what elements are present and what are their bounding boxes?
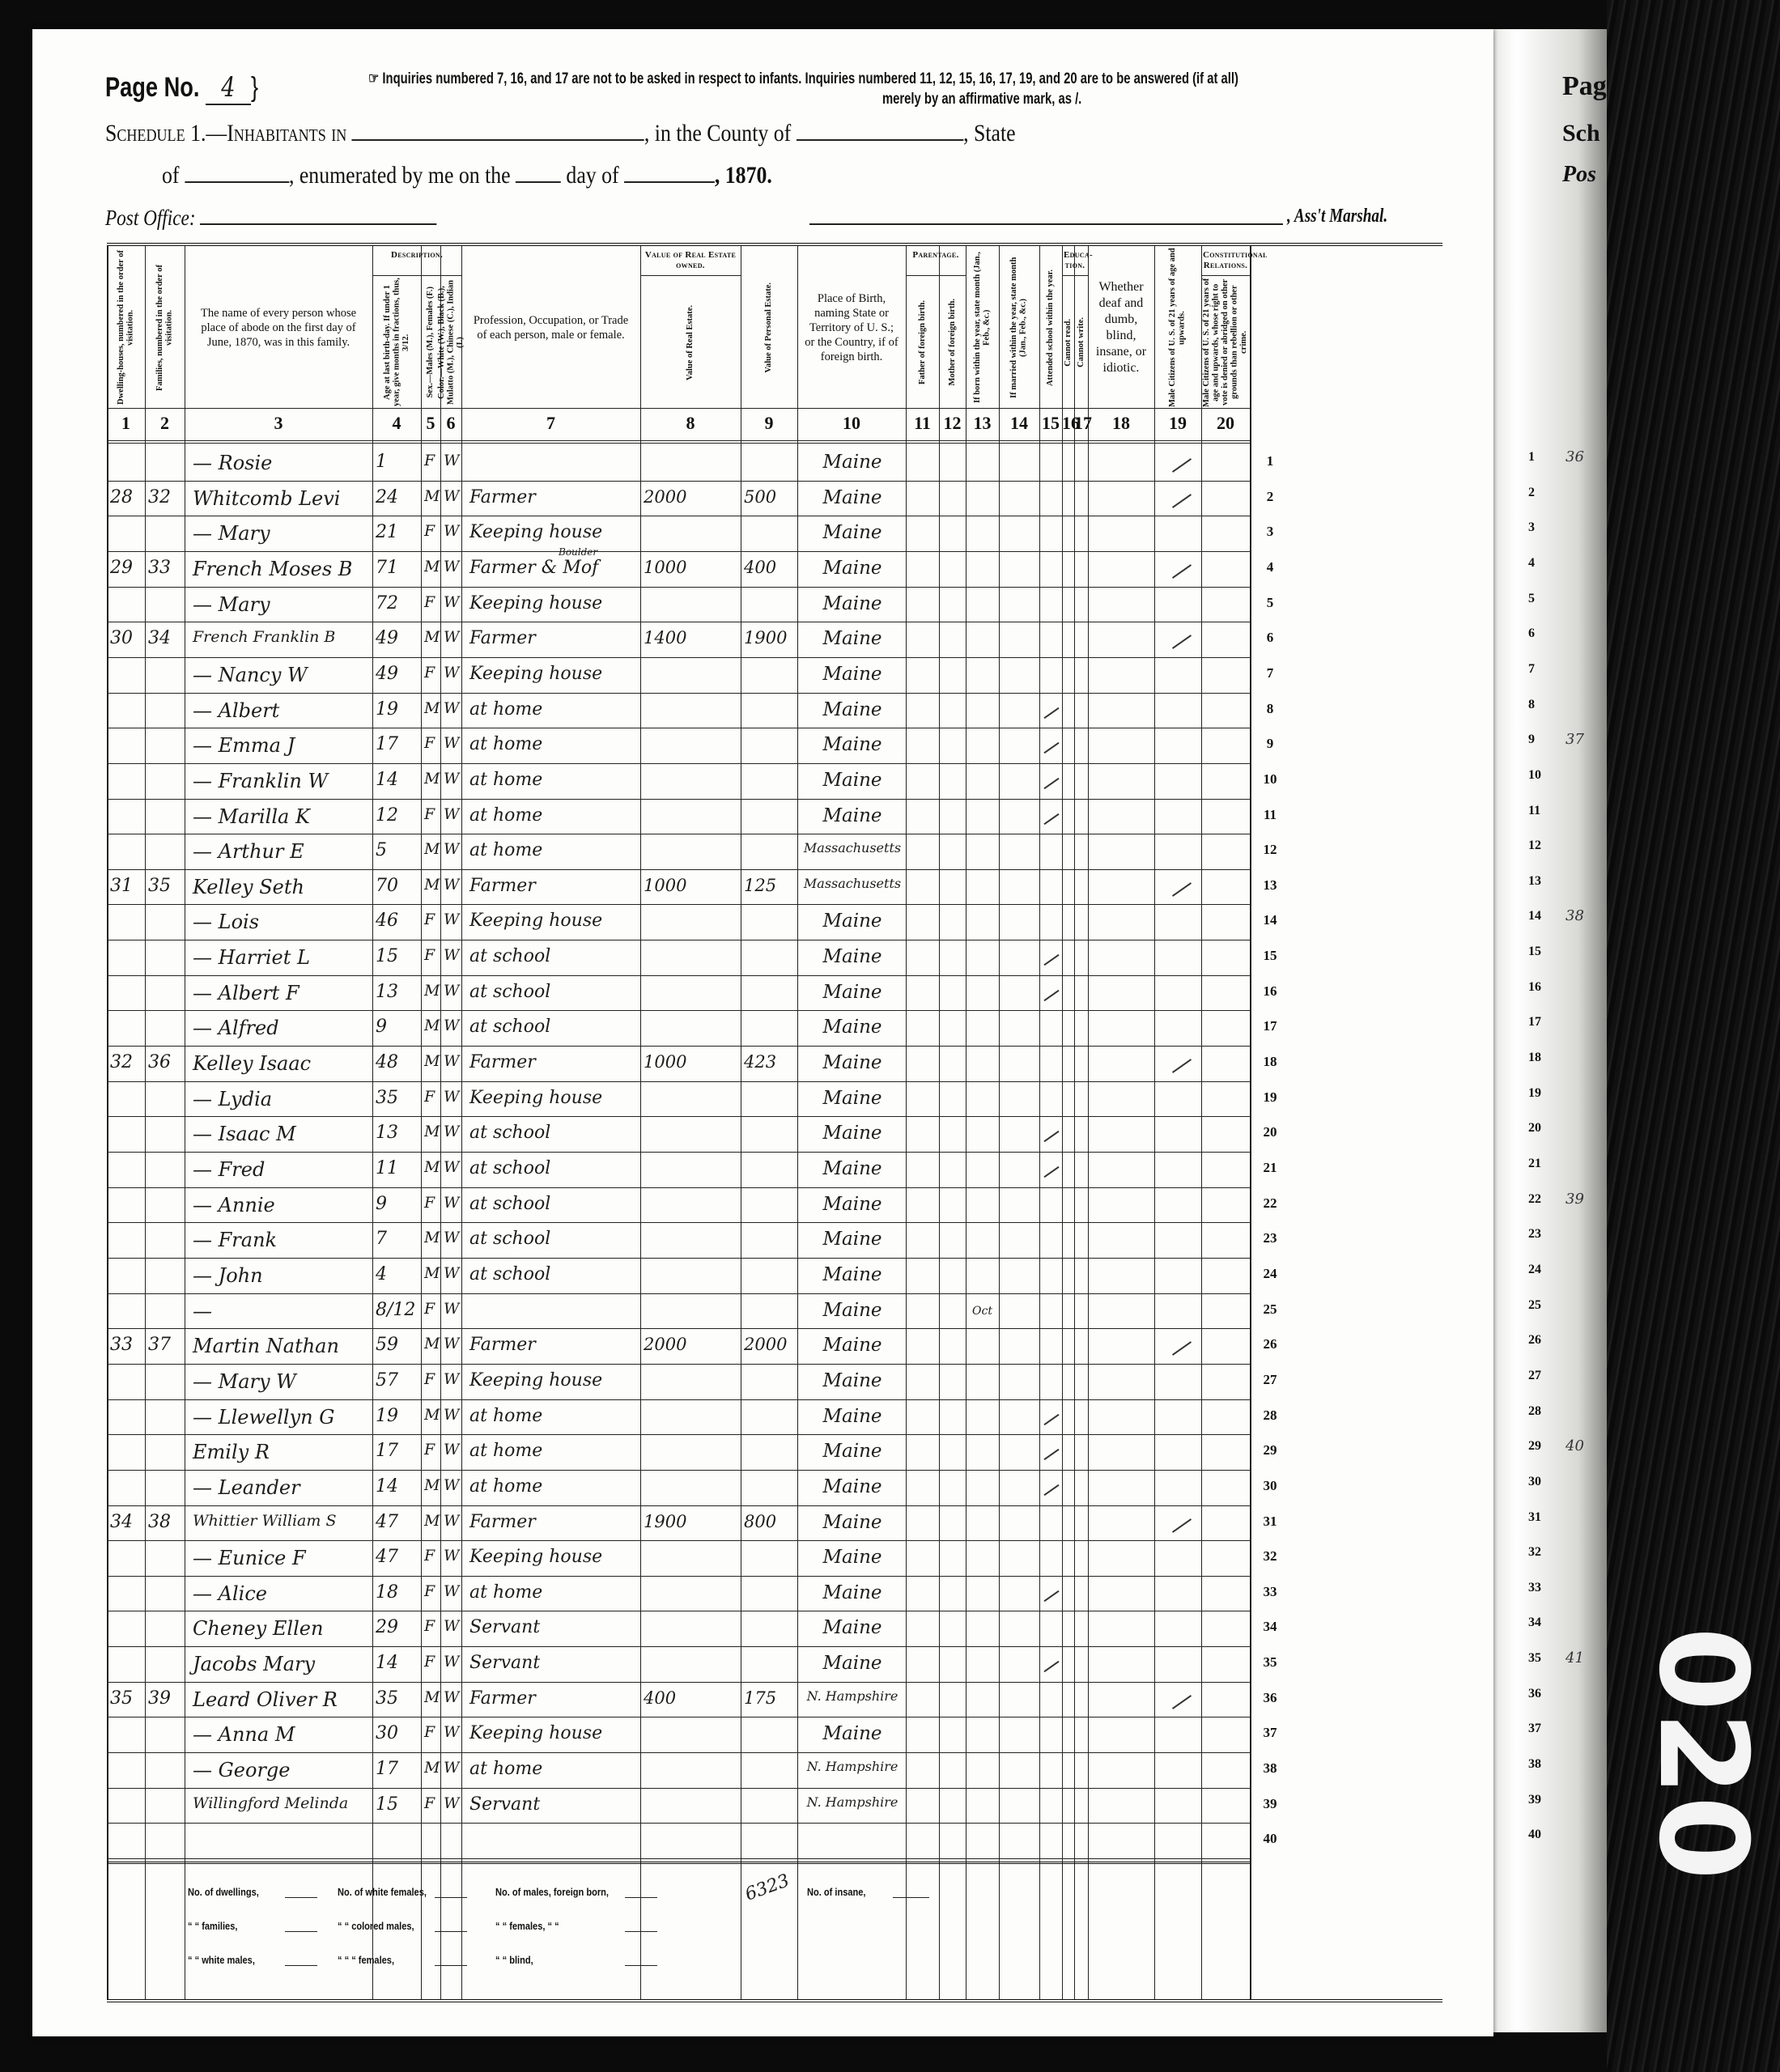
row-number: 2 bbox=[1258, 489, 1282, 505]
cell-color: W bbox=[444, 840, 460, 858]
cell-sex: F bbox=[424, 805, 439, 823]
cell-age: 35 bbox=[376, 1688, 419, 1709]
page-no-value: 4 bbox=[206, 71, 251, 105]
cell-occupation: Keeping house bbox=[465, 1370, 644, 1391]
cell-birthplace: Maine bbox=[801, 1017, 904, 1038]
marshal-signature-field[interactable] bbox=[809, 223, 1283, 225]
adjacent-header-fragment: Pos bbox=[1562, 162, 1596, 188]
cell-birthplace: Maine bbox=[801, 734, 904, 755]
cell-sex: F bbox=[424, 1617, 439, 1635]
row-number: 9 bbox=[1258, 736, 1282, 752]
cell-age: 7 bbox=[376, 1229, 419, 1249]
cell-sex: M bbox=[424, 487, 439, 505]
row-rule bbox=[107, 1434, 1250, 1435]
month-field[interactable] bbox=[624, 181, 715, 183]
cell-occupation: at school bbox=[465, 1229, 644, 1249]
column-header-8: Value of Real Estate. bbox=[640, 277, 741, 408]
cell-name: — Alfred bbox=[188, 1017, 376, 1039]
cell-occupation: Farmer bbox=[465, 1052, 644, 1072]
footer-tally-field[interactable] bbox=[625, 1965, 657, 1966]
cell-occupation: Keeping house bbox=[465, 1547, 644, 1567]
cell-occupation: Farmer bbox=[465, 1512, 644, 1532]
row-rule bbox=[107, 1823, 1250, 1824]
cell-occupation: at home bbox=[465, 805, 644, 826]
row-rule bbox=[107, 799, 1250, 800]
adjacent-row-number: 8 bbox=[1528, 698, 1535, 712]
column-header-20: Male Citizens of U. S. of 21 years of ag… bbox=[1201, 277, 1250, 408]
column-header-label: If born within the year, state month (Ja… bbox=[973, 248, 992, 408]
cell-age: 47 bbox=[376, 1547, 419, 1567]
column-number: 15 bbox=[1039, 413, 1062, 434]
cell-age: 30 bbox=[376, 1723, 419, 1743]
cell-birthplace: N. Hampshire bbox=[801, 1688, 904, 1704]
footer-tally-field[interactable] bbox=[625, 1931, 657, 1932]
row-number: 24 bbox=[1258, 1266, 1282, 1282]
adjacent-dwelling-number: 37 bbox=[1565, 731, 1584, 748]
row-number: 37 bbox=[1258, 1725, 1282, 1741]
post-office-label: Post Office: bbox=[105, 206, 196, 230]
cell-sex: F bbox=[424, 593, 439, 611]
column-header-4: Age at last birth-day. If under 1 year, … bbox=[372, 277, 421, 408]
cell-sex: M bbox=[424, 1476, 439, 1494]
cell-age: 14 bbox=[376, 1653, 419, 1673]
row-rule bbox=[107, 1010, 1250, 1011]
cell-birthplace: Maine bbox=[801, 628, 904, 649]
cell-age: 48 bbox=[376, 1052, 419, 1072]
column-number: 13 bbox=[966, 413, 999, 434]
cell-real-estate: 2000 bbox=[644, 1335, 739, 1354]
row-number: 32 bbox=[1258, 1548, 1282, 1565]
cell-family: 36 bbox=[148, 1052, 183, 1072]
cell-name: — Mary W bbox=[188, 1370, 376, 1393]
column-number: 2 bbox=[145, 413, 185, 434]
school-checkmark bbox=[1043, 1166, 1059, 1178]
cell-sex: F bbox=[424, 1300, 439, 1318]
school-checkmark bbox=[1043, 1413, 1059, 1424]
cell-age: 12 bbox=[376, 805, 419, 826]
row-rule bbox=[107, 1046, 1250, 1047]
adjacent-row-number: 23 bbox=[1528, 1227, 1541, 1242]
cell-age: 4 bbox=[376, 1264, 419, 1284]
row-number: 31 bbox=[1258, 1514, 1282, 1530]
inhabitants-in-field[interactable] bbox=[352, 139, 644, 141]
cell-color: W bbox=[444, 1794, 460, 1812]
column-header-1: Dwelling-houses, numbered in the order o… bbox=[107, 248, 145, 408]
cell-birthplace: Maine bbox=[801, 1264, 904, 1285]
column-rule bbox=[107, 246, 108, 1999]
cell-occupation: at home bbox=[465, 840, 644, 860]
cell-occupation: at school bbox=[465, 1123, 644, 1143]
row-rule bbox=[107, 904, 1250, 905]
adjacent-row-number: 24 bbox=[1528, 1263, 1541, 1277]
cell-sex: F bbox=[424, 452, 439, 469]
column-header-label: Male Citizens of U. S. of 21 years of ag… bbox=[1202, 277, 1249, 408]
adjacent-row-number: 39 bbox=[1528, 1793, 1541, 1807]
cell-name: — Arthur E bbox=[188, 840, 376, 863]
cell-color: W bbox=[444, 805, 460, 823]
column-number: 9 bbox=[741, 413, 797, 434]
column-header-label: Families, numbered in the order of visit… bbox=[155, 248, 174, 408]
cell-sex: M bbox=[424, 699, 439, 717]
cell-age: 18 bbox=[376, 1582, 419, 1603]
footer-tally-field[interactable] bbox=[625, 1897, 657, 1898]
row-number: 7 bbox=[1258, 665, 1282, 681]
adjacent-row-number: 25 bbox=[1528, 1298, 1541, 1313]
cell-occupation: Farmer bbox=[465, 628, 644, 648]
cell-occupation: Farmer & Mof bbox=[465, 558, 644, 578]
cell-name: — Anna M bbox=[188, 1723, 376, 1746]
cell-personal-estate: 175 bbox=[744, 1688, 796, 1708]
cell-sex: M bbox=[424, 1229, 439, 1246]
day-of-label: day of bbox=[566, 162, 618, 189]
adjacent-row-number: 1 bbox=[1528, 450, 1535, 465]
row-number: 34 bbox=[1258, 1619, 1282, 1635]
citizen-checkmark bbox=[1172, 494, 1192, 508]
cell-personal-estate: 2000 bbox=[744, 1335, 796, 1354]
cell-sex: F bbox=[424, 1653, 439, 1671]
row-number: 23 bbox=[1258, 1230, 1282, 1246]
cell-birthplace: Maine bbox=[801, 1653, 904, 1674]
cell-birthplace: Maine bbox=[801, 452, 904, 473]
cell-age: 9 bbox=[376, 1017, 419, 1037]
cell-color: W bbox=[444, 1300, 460, 1318]
footer-rule bbox=[107, 1862, 1250, 1864]
cell-occupation: Keeping house bbox=[465, 1088, 644, 1108]
adjacent-row-number: 28 bbox=[1528, 1404, 1541, 1419]
column-header-label: Sex.—Males (M.), Females (F.) bbox=[426, 287, 435, 398]
cell-dwelling: 35 bbox=[110, 1688, 143, 1709]
adjacent-row-number: 31 bbox=[1528, 1510, 1541, 1525]
cell-occupation: Servant bbox=[465, 1653, 644, 1673]
cell-dwelling: 30 bbox=[110, 628, 143, 648]
column-header-label: Cannot read. bbox=[1064, 319, 1073, 367]
cell-family: 32 bbox=[148, 487, 183, 507]
cell-color: W bbox=[444, 982, 460, 1000]
cell-real-estate: 1400 bbox=[644, 628, 739, 647]
footer-tally-field[interactable] bbox=[435, 1897, 467, 1898]
cell-sex: F bbox=[424, 1370, 439, 1388]
cell-birthplace: Maine bbox=[801, 1335, 904, 1356]
page-number: Page No. 4} bbox=[105, 71, 258, 105]
footer-tally-field[interactable] bbox=[285, 1931, 317, 1932]
row-rule bbox=[107, 1152, 1250, 1153]
cell-color: W bbox=[444, 1052, 460, 1070]
column-rule bbox=[1088, 246, 1089, 1999]
cell-sex: F bbox=[424, 664, 439, 681]
cell-birthplace: Maine bbox=[801, 699, 904, 720]
footer-tally-label: “ “ blind, bbox=[495, 1954, 533, 1966]
cell-occupation: at home bbox=[465, 699, 644, 720]
cell-color: W bbox=[444, 1547, 460, 1565]
cell-occupation: at school bbox=[465, 982, 644, 1002]
group-rule bbox=[372, 275, 461, 276]
row-number: 6 bbox=[1258, 630, 1282, 646]
footer-tally-label: No. of dwellings, bbox=[188, 1886, 259, 1898]
adjacent-row-number: 32 bbox=[1528, 1545, 1541, 1560]
cell-color: W bbox=[444, 1017, 460, 1034]
row-rule bbox=[107, 975, 1250, 976]
cell-age: 71 bbox=[376, 558, 419, 578]
footer-tally-field[interactable] bbox=[435, 1931, 467, 1932]
cell-age: 46 bbox=[376, 911, 419, 931]
adjacent-row-number: 22 bbox=[1528, 1192, 1541, 1207]
adjacent-dwelling-number: 36 bbox=[1565, 448, 1584, 465]
row-number: 10 bbox=[1258, 771, 1282, 788]
row-number: 8 bbox=[1258, 701, 1282, 717]
column-header-16: Cannot read. bbox=[1062, 277, 1074, 408]
cell-sex: M bbox=[424, 1123, 439, 1140]
school-checkmark bbox=[1043, 990, 1059, 1001]
column-rule bbox=[1039, 246, 1040, 1999]
column-number: 1 bbox=[107, 413, 145, 434]
footer-tally-label: “ “ “ females, bbox=[338, 1954, 394, 1966]
row-rule bbox=[107, 1540, 1250, 1541]
row-number: 4 bbox=[1258, 559, 1282, 575]
adjacent-row-number: 38 bbox=[1528, 1757, 1541, 1772]
cell-birthplace: Maine bbox=[801, 558, 904, 579]
cell-name: Whitcomb Levi bbox=[188, 487, 376, 510]
schedule-title-line: Schedule 1.—Inhabitants in , in the Coun… bbox=[105, 120, 1016, 147]
row-rule bbox=[107, 622, 1250, 622]
cell-color: W bbox=[444, 628, 460, 646]
cell-dwelling: 28 bbox=[110, 487, 143, 507]
group-header-description: Description. bbox=[374, 250, 460, 261]
state-label: , State bbox=[963, 120, 1016, 146]
row-number: 11 bbox=[1258, 807, 1282, 823]
marshal-label: , Ass't Marshal. bbox=[1287, 206, 1387, 227]
cell-color: W bbox=[444, 1335, 460, 1352]
cell-occupation: at home bbox=[465, 1441, 644, 1461]
cell-occupation: at home bbox=[465, 1406, 644, 1426]
footer-tally-label: No. of males, foreign born, bbox=[495, 1886, 609, 1898]
footer-tally-label: “ “ females, “ “ bbox=[495, 1920, 559, 1932]
adjacent-row-number: 36 bbox=[1528, 1687, 1541, 1701]
row-rule bbox=[107, 516, 1250, 516]
adjacent-row-number: 6 bbox=[1528, 626, 1535, 641]
adjacent-page-strip bbox=[1493, 29, 1607, 2032]
row-number: 33 bbox=[1258, 1584, 1282, 1600]
cell-sex: M bbox=[424, 770, 439, 788]
cell-color: W bbox=[444, 1512, 460, 1530]
cell-occupation: Farmer bbox=[465, 487, 644, 507]
cell-real-estate: 1000 bbox=[644, 558, 739, 577]
column-number: 12 bbox=[939, 413, 966, 434]
group-rule bbox=[640, 275, 741, 276]
cell-color: W bbox=[444, 770, 460, 788]
cell-name: — Emma J bbox=[188, 734, 376, 757]
cell-occupation: at home bbox=[465, 1476, 644, 1497]
cell-sex: F bbox=[424, 946, 439, 964]
cell-birthplace: Maine bbox=[801, 1476, 904, 1497]
cell-birthplace: N. Hampshire bbox=[801, 1794, 904, 1810]
group-header-education: Educa-tion. bbox=[1064, 250, 1086, 271]
cell-name: — Albert F bbox=[188, 982, 376, 1004]
adjacent-header-fragment: Sch bbox=[1562, 120, 1600, 147]
column-header-9: Value of Personal Estate. bbox=[741, 248, 797, 408]
cell-birthplace: Maine bbox=[801, 1512, 904, 1533]
cell-age: 11 bbox=[376, 1158, 419, 1178]
row-rule bbox=[107, 1364, 1250, 1365]
adjacent-row-number: 13 bbox=[1528, 874, 1541, 889]
cell-age: 14 bbox=[376, 1476, 419, 1497]
post-office-field[interactable] bbox=[200, 223, 436, 225]
header-rule bbox=[107, 408, 1250, 409]
cell-color: W bbox=[444, 911, 460, 928]
column-number: 11 bbox=[906, 413, 939, 434]
cell-name: — Eunice F bbox=[188, 1547, 376, 1569]
cell-name: — Harriet L bbox=[188, 946, 376, 969]
cell-name: — Frank bbox=[188, 1229, 376, 1251]
row-rule bbox=[107, 940, 1250, 940]
cell-occupation: at home bbox=[465, 770, 644, 790]
adjacent-row-number: 5 bbox=[1528, 592, 1535, 606]
adjacent-row-number: 11 bbox=[1528, 804, 1540, 818]
row-number: 1 bbox=[1258, 453, 1282, 469]
column-header-label: Value of Personal Estate. bbox=[764, 282, 774, 373]
adjacent-dwelling-number: 40 bbox=[1565, 1437, 1584, 1454]
cell-sex: M bbox=[424, 1264, 439, 1282]
cell-sex: M bbox=[424, 1052, 439, 1070]
cell-age: 35 bbox=[376, 1088, 419, 1108]
cell-sex: F bbox=[424, 1547, 439, 1565]
adjacent-header-fragment: Pag bbox=[1562, 71, 1607, 102]
group-header-constitutional: Constitutional Relations. bbox=[1203, 250, 1248, 271]
cell-birthplace: Maine bbox=[801, 664, 904, 685]
column-rule bbox=[966, 246, 966, 1999]
cell-occupation: Keeping house bbox=[465, 522, 644, 542]
footer-tally-label: No. of white females, bbox=[338, 1886, 427, 1898]
cell-occupation: Keeping house bbox=[465, 911, 644, 931]
cell-real-estate: 1000 bbox=[644, 876, 739, 895]
row-number: 35 bbox=[1258, 1654, 1282, 1671]
column-number: 14 bbox=[999, 413, 1039, 434]
school-checkmark bbox=[1043, 1131, 1059, 1142]
cell-name: — Annie bbox=[188, 1194, 376, 1216]
cell-color: W bbox=[444, 593, 460, 611]
page-no-label: Page No. bbox=[105, 72, 199, 103]
cell-family: 38 bbox=[148, 1512, 183, 1532]
row-number: 29 bbox=[1258, 1442, 1282, 1458]
cell-color: W bbox=[444, 1194, 460, 1212]
adjacent-dwelling-number: 39 bbox=[1565, 1191, 1584, 1208]
cell-dwelling: 34 bbox=[110, 1512, 143, 1532]
cell-family: 39 bbox=[148, 1688, 183, 1709]
column-header-18: Whether deaf and dumb, blind, insane, or… bbox=[1088, 248, 1154, 408]
cell-real-estate: 2000 bbox=[644, 487, 739, 507]
cell-occupation: Keeping house bbox=[465, 1723, 644, 1743]
column-number: 16 bbox=[1062, 413, 1074, 434]
column-number: 4 bbox=[372, 413, 421, 434]
adjacent-row-number: 9 bbox=[1528, 732, 1535, 747]
adjacent-row-number: 3 bbox=[1528, 520, 1535, 535]
adjacent-row-number: 14 bbox=[1528, 909, 1541, 923]
cell-age: 49 bbox=[376, 664, 419, 684]
cell-name: — Franklin W bbox=[188, 770, 376, 792]
cell-sex: F bbox=[424, 1794, 439, 1812]
column-header-label: If married within the year, state month … bbox=[1009, 248, 1028, 408]
column-number: 20 bbox=[1201, 413, 1250, 434]
row-rule bbox=[107, 1293, 1250, 1294]
of-label: of bbox=[162, 162, 180, 189]
footer-tally-field[interactable] bbox=[285, 1965, 317, 1966]
cell-birthplace: Maine bbox=[801, 1158, 904, 1179]
cell-sex: M bbox=[424, 1335, 439, 1352]
film-frame-number: 020 bbox=[1632, 1627, 1773, 1880]
row-number: 20 bbox=[1258, 1124, 1282, 1140]
cell-sex: M bbox=[424, 876, 439, 894]
county-field[interactable] bbox=[797, 139, 963, 141]
cell-name: Leard Oliver R bbox=[188, 1688, 376, 1711]
cell-color: W bbox=[444, 734, 460, 752]
school-checkmark bbox=[1043, 1449, 1059, 1460]
day-field[interactable] bbox=[516, 181, 561, 183]
state-field[interactable] bbox=[185, 181, 289, 183]
cell-color: W bbox=[444, 699, 460, 717]
cell-color: W bbox=[444, 1723, 460, 1741]
cell-age: 15 bbox=[376, 1794, 419, 1815]
footer-tally-field[interactable] bbox=[435, 1965, 467, 1966]
cell-occupation: Keeping house bbox=[465, 593, 644, 614]
row-rule bbox=[107, 1505, 1250, 1506]
cell-sex: F bbox=[424, 734, 439, 752]
cell-sex: F bbox=[424, 1582, 439, 1600]
cell-name: — John bbox=[188, 1264, 376, 1287]
cell-occupation: Farmer bbox=[465, 876, 644, 896]
instructions-note-2: merely by an affirmative mark, as /. bbox=[882, 91, 1081, 108]
row-number: 5 bbox=[1258, 595, 1282, 611]
footer-tally-label: “ “ families, bbox=[188, 1920, 237, 1932]
cell-sex: M bbox=[424, 558, 439, 575]
group-rule bbox=[1062, 275, 1088, 276]
cell-sex: M bbox=[424, 982, 439, 1000]
post-office-line: Post Office: bbox=[105, 206, 437, 231]
cell-family: 33 bbox=[148, 558, 183, 578]
citizen-checkmark bbox=[1172, 1059, 1192, 1073]
footer-tally-field[interactable] bbox=[285, 1897, 317, 1898]
cell-name: Kelley Isaac bbox=[188, 1052, 376, 1075]
cell-personal-estate: 1900 bbox=[744, 628, 796, 647]
cell-age: 59 bbox=[376, 1335, 419, 1355]
row-rule bbox=[107, 728, 1250, 728]
row-number: 25 bbox=[1258, 1301, 1282, 1318]
cell-name: French Moses B bbox=[188, 558, 376, 580]
cell-occupation: Keeping house bbox=[465, 664, 644, 684]
cell-personal-estate: 125 bbox=[744, 876, 796, 895]
column-header-14: If married within the year, state month … bbox=[999, 248, 1039, 408]
insane-field[interactable] bbox=[893, 1897, 929, 1898]
adjacent-dwelling-number: 41 bbox=[1565, 1650, 1584, 1667]
row-rule bbox=[107, 1081, 1250, 1082]
cell-birthplace: Maine bbox=[801, 1300, 904, 1321]
cell-color: W bbox=[444, 1088, 460, 1106]
adjacent-row-number: 26 bbox=[1528, 1333, 1541, 1348]
cell-personal-estate: 400 bbox=[744, 558, 796, 577]
school-checkmark bbox=[1043, 707, 1059, 718]
cell-age: 14 bbox=[376, 770, 419, 790]
school-checkmark bbox=[1043, 1590, 1059, 1602]
row-number: 15 bbox=[1258, 948, 1282, 964]
cell-birthplace: Maine bbox=[801, 1088, 904, 1109]
cell-dwelling: 33 bbox=[110, 1335, 143, 1355]
cell-name: Martin Nathan bbox=[188, 1335, 376, 1357]
school-checkmark bbox=[1043, 778, 1059, 789]
cell-color: W bbox=[444, 946, 460, 964]
adjacent-row-number: 35 bbox=[1528, 1651, 1541, 1666]
column-header-10: Place of Birth, naming State or Territor… bbox=[797, 248, 906, 408]
row-rule bbox=[107, 1717, 1250, 1717]
cell-real-estate: 400 bbox=[644, 1688, 739, 1708]
column-number: 7 bbox=[461, 413, 640, 434]
